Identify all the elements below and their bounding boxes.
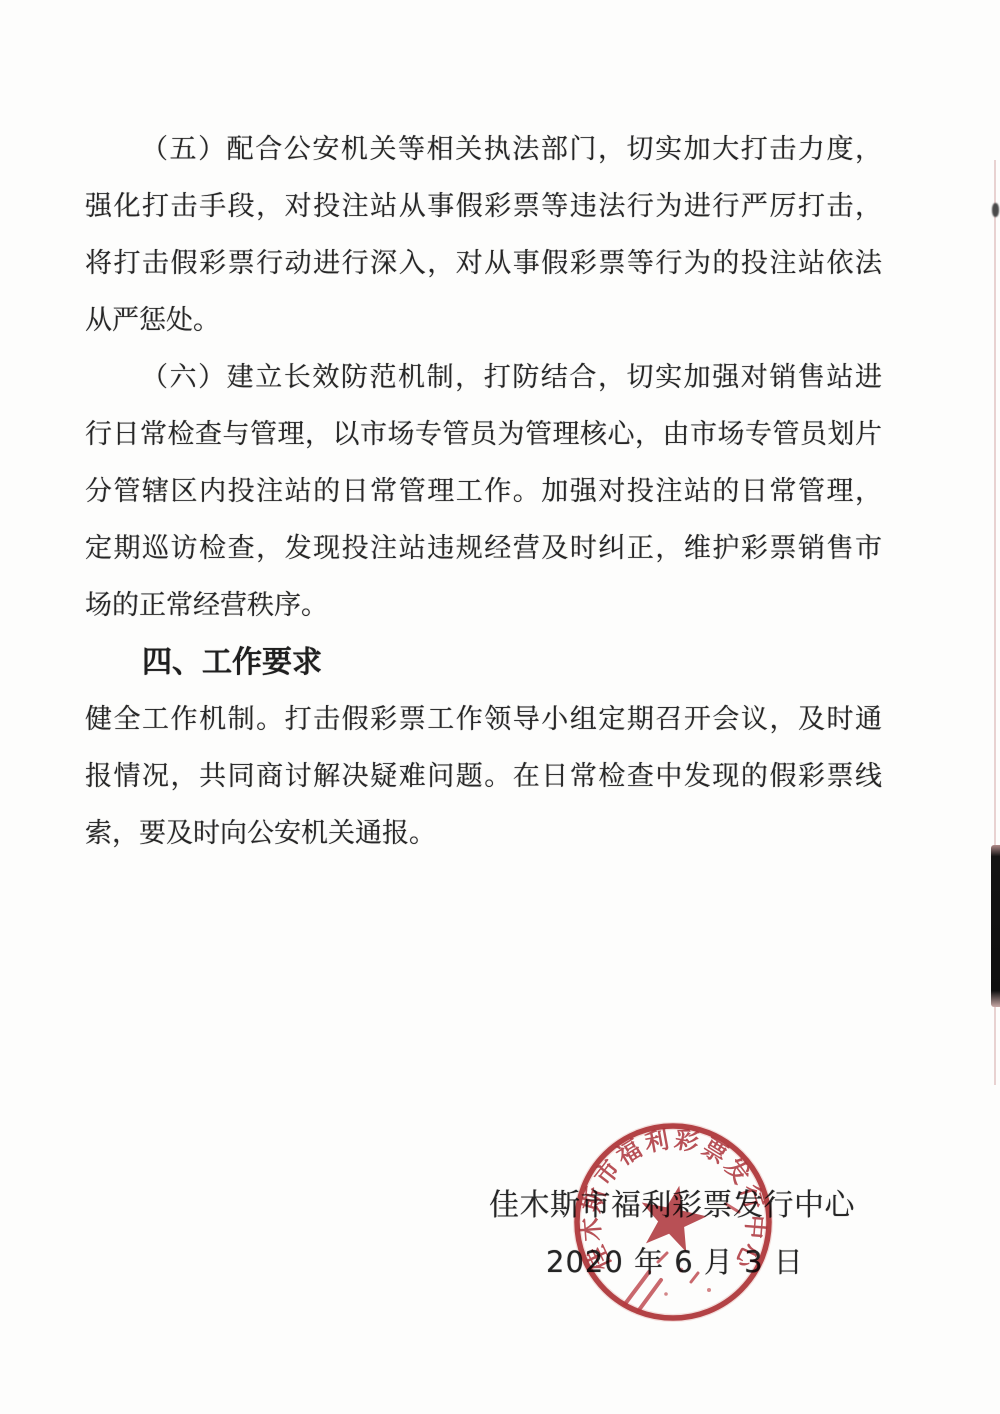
para6-line4: 定期巡访检查，发现投注站违规经营及时纠正，维护彩票销售市 — [85, 520, 882, 577]
scanned-document-page: （五）配合公安机关等相关执法部门，切实加大打击力度， 强化打击手段，对投注站从事… — [0, 0, 1000, 1414]
section-heading: 四、工作要求 — [85, 634, 882, 691]
scan-artifact-blip — [992, 203, 999, 217]
para6-line3: 分管辖区内投注站的日常管理工作。加强对投注站的日常管理， — [85, 463, 882, 520]
para7-line1: 健全工作机制。打击假彩票工作领导小组定期召开会议，及时通 — [85, 691, 882, 748]
para6-line5: 场的正常经营秩序。 — [85, 577, 882, 634]
scan-artifact-dark-strip — [991, 845, 1000, 1007]
document-body: （五）配合公安机关等相关执法部门，切实加大打击力度， 强化打击手段，对投注站从事… — [85, 121, 882, 862]
para6-line1: （六）建立长效防范机制，打防结合，切实加强对销售站进 — [85, 349, 882, 406]
para5-line3: 将打击假彩票行动进行深入，对从事假彩票等行为的投注站依法 — [85, 235, 882, 292]
para7-line2: 报情况，共同商讨解决疑难问题。在日常检查中发现的假彩票线 — [85, 748, 882, 805]
para5-line2: 强化打击手段，对投注站从事假彩票等违法行为进行严厉打击， — [85, 178, 882, 235]
para6-line2: 行日常检查与管理，以市场专管员为管理核心，由市场专管员划片 — [85, 406, 882, 463]
para5-line1: （五）配合公安机关等相关执法部门，切实加大打击力度， — [85, 121, 882, 178]
signature-date: 2020 年 6 月 3 日 — [546, 1240, 804, 1281]
para7-line3: 索，要及时向公安机关通报。 — [85, 805, 882, 862]
para5-line4: 从严惩处。 — [85, 292, 882, 349]
signature-organization: 佳木斯市福利彩票发行中心 — [489, 1180, 855, 1224]
